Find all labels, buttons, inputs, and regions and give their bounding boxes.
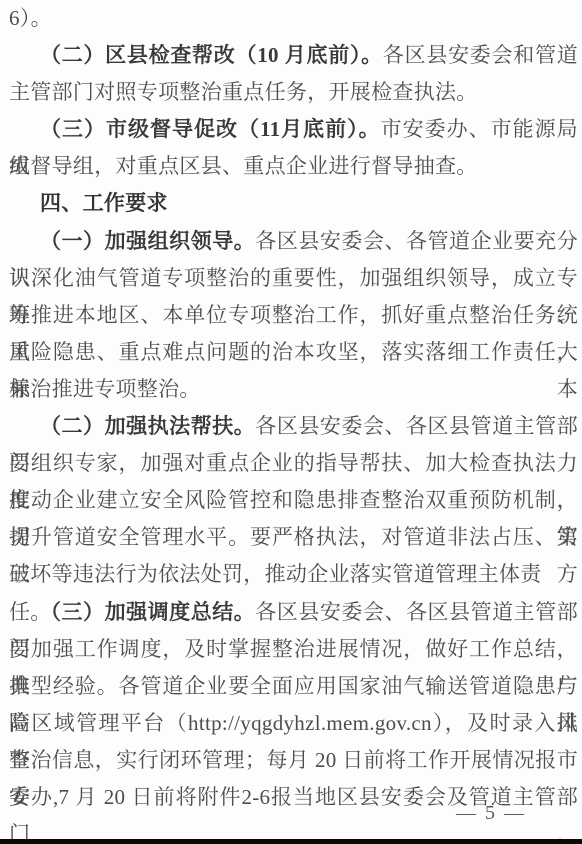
doc-line: 6）。 — [9, 0, 578, 37]
doc-line-text: 主管部门对照专项整治重点任务，开展检查执法。 — [9, 80, 478, 104]
doc-line: 主管部门对照专项整治重点任务，开展检查执法。 — [9, 74, 578, 111]
doc-line: 要组织专家，加强对重点企业的指导帮扶、加大检查执法力度， — [9, 445, 578, 482]
page-number: — 5 — — [456, 800, 526, 826]
item-lead-label: （一）加强组织领导。 — [40, 229, 255, 253]
item-lead-label: （二）区县检查帮改（10 月底前）。 — [40, 43, 383, 67]
doc-line: 筹推进本地区、本单位专项整治工作，抓好重点整治任务、重大 — [9, 297, 578, 334]
item-lead-label: （二）加强执法帮扶。 — [40, 414, 255, 438]
doc-line: 识深化油气管道专项整治的重要性，加强组织领导，成立专班统 — [9, 260, 578, 297]
bottom-border-bar — [0, 839, 582, 844]
doc-line-text: 各区县安委会和管道 — [383, 43, 578, 67]
item-lead-label: （三）加强调度总结。 — [40, 600, 255, 624]
doc-line: （三）加强调度总结。各区县安委会、各区县管道主管部门 — [9, 594, 578, 631]
doc-line: （二）区县检查帮改（10 月底前）。各区县安委会和管道 — [9, 37, 578, 74]
doc-line-with-url: 险区域管理平台（http://yqgdyhzl.mem.gov.cn），及时录入… — [9, 705, 578, 742]
doc-line-text: 成督导组，对重点区县、重点企业进行督导抽查。 — [9, 154, 478, 178]
doc-line-text: 6）。 — [9, 6, 52, 30]
doc-line: （一）加强组织领导。各区县安委会、各管道企业要充分认 — [9, 223, 578, 260]
section-heading-text: 四、工作要求 — [40, 192, 168, 215]
doc-line: 成督导组，对重点区县、重点企业进行督导抽查。 — [9, 148, 578, 185]
doc-line: 提升管道安全管理水平。要严格执法，对管道非法占压、第三方 — [9, 519, 578, 556]
doc-line: 破坏等违法行为依法处罚，推动企业落实管道管理主体责任。 — [9, 556, 578, 593]
doc-line: 要加强工作调度，及时掌握整治进展情况，做好工作总结，推广 — [9, 631, 578, 668]
doc-line-text: 兼治推进专项整治。 — [9, 377, 201, 401]
section-heading: 四、工作要求 — [9, 185, 578, 222]
item-lead-label: （三）市级督导促改（11月底前）。 — [40, 117, 381, 141]
document-page: 6）。 （二）区县检查帮改（10 月底前）。各区县安委会和管道 主管部门对照专项… — [0, 0, 582, 844]
doc-line: （三）市级督导促改（11月底前）。市安委办、市能源局组 — [9, 111, 578, 148]
doc-line: （二）加强执法帮扶。各区县安委会、各区县管道主管部门 — [9, 408, 578, 445]
doc-line: 典型经验。各管道企业要全面应用国家油气输送管道隐患与高风 — [9, 668, 578, 705]
doc-line: 风险隐患、重点难点问题的治本攻坚，落实落细工作责任，标本 — [9, 334, 578, 371]
doc-line: 推动企业建立安全风险管控和隐患排查整治双重预防机制，切实 — [9, 482, 578, 519]
document-body: 6）。 （二）区县检查帮改（10 月底前）。各区县安委会和管道 主管部门对照专项… — [9, 0, 578, 816]
doc-line: 整治信息，实行闭环管理；每月 20 日前将工作开展情况报市安 — [9, 742, 578, 779]
